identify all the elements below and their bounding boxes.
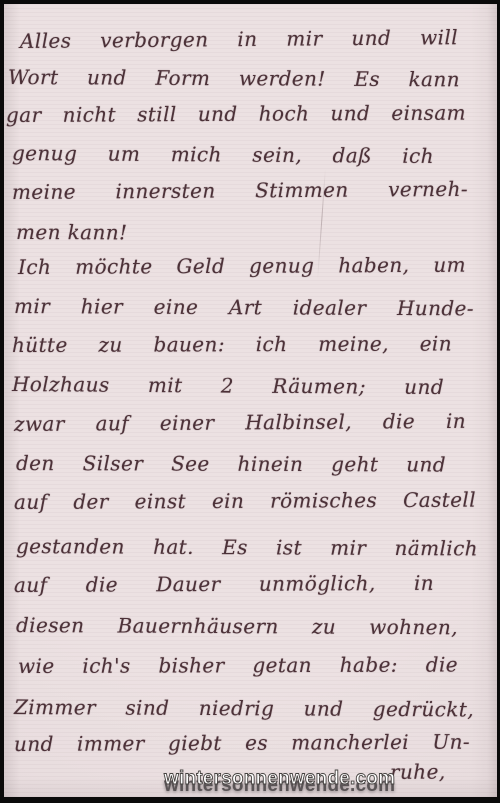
watermark: wintersonnenwende.com bbox=[164, 768, 395, 790]
handwriting-line: diesen Bauernhäusern zu wohnen, bbox=[16, 614, 458, 638]
handwriting-line: wie ich's bisher getan habe: die bbox=[18, 653, 458, 677]
handwriting-line: hütte zu bauen: ich meine, ein bbox=[12, 332, 452, 356]
handwriting-line: mir hier eine Art idealer Hunde- bbox=[14, 295, 474, 319]
handwriting-line: Ich möchte Geld genug haben, um bbox=[18, 254, 466, 278]
handwriting-line: men kann! bbox=[16, 221, 196, 244]
handwriting-line: Zimmer sind niedrig und gedrückt, bbox=[14, 696, 474, 720]
handwriting-line: auf der einst ein römisches Castell bbox=[14, 489, 476, 513]
handwriting-line: den Silser See hinein geht und bbox=[16, 452, 446, 476]
handwriting-line: und immer giebt es mancherlei Un- bbox=[14, 731, 470, 755]
handwriting-line: Holzhaus mit 2 Räumen; und bbox=[12, 373, 444, 398]
handwriting-line: zwar auf einer Halbinsel, die in bbox=[14, 410, 466, 435]
handwriting-line: ruhe, bbox=[390, 760, 480, 783]
handwriting-line: Alles verborgen in mir und will bbox=[20, 26, 458, 52]
handwriting-line: auf die Dauer unmöglich, in bbox=[14, 572, 434, 596]
manuscript-page: Alles verborgen in mir und will Wort und… bbox=[4, 4, 497, 797]
handwriting-line: genug um mich sein, daß ich bbox=[12, 142, 434, 167]
scanned-letter-frame: Alles verborgen in mir und will Wort und… bbox=[0, 0, 500, 803]
handwriting-line: gar nicht still und hoch und einsam bbox=[6, 102, 466, 126]
handwriting-line: Wort und Form werden! Es kann bbox=[8, 66, 460, 90]
handwriting-line: gestanden hat. Es ist mir nämlich bbox=[16, 535, 478, 559]
handwriting-line: meine innersten Stimmen verneh- bbox=[12, 178, 468, 203]
